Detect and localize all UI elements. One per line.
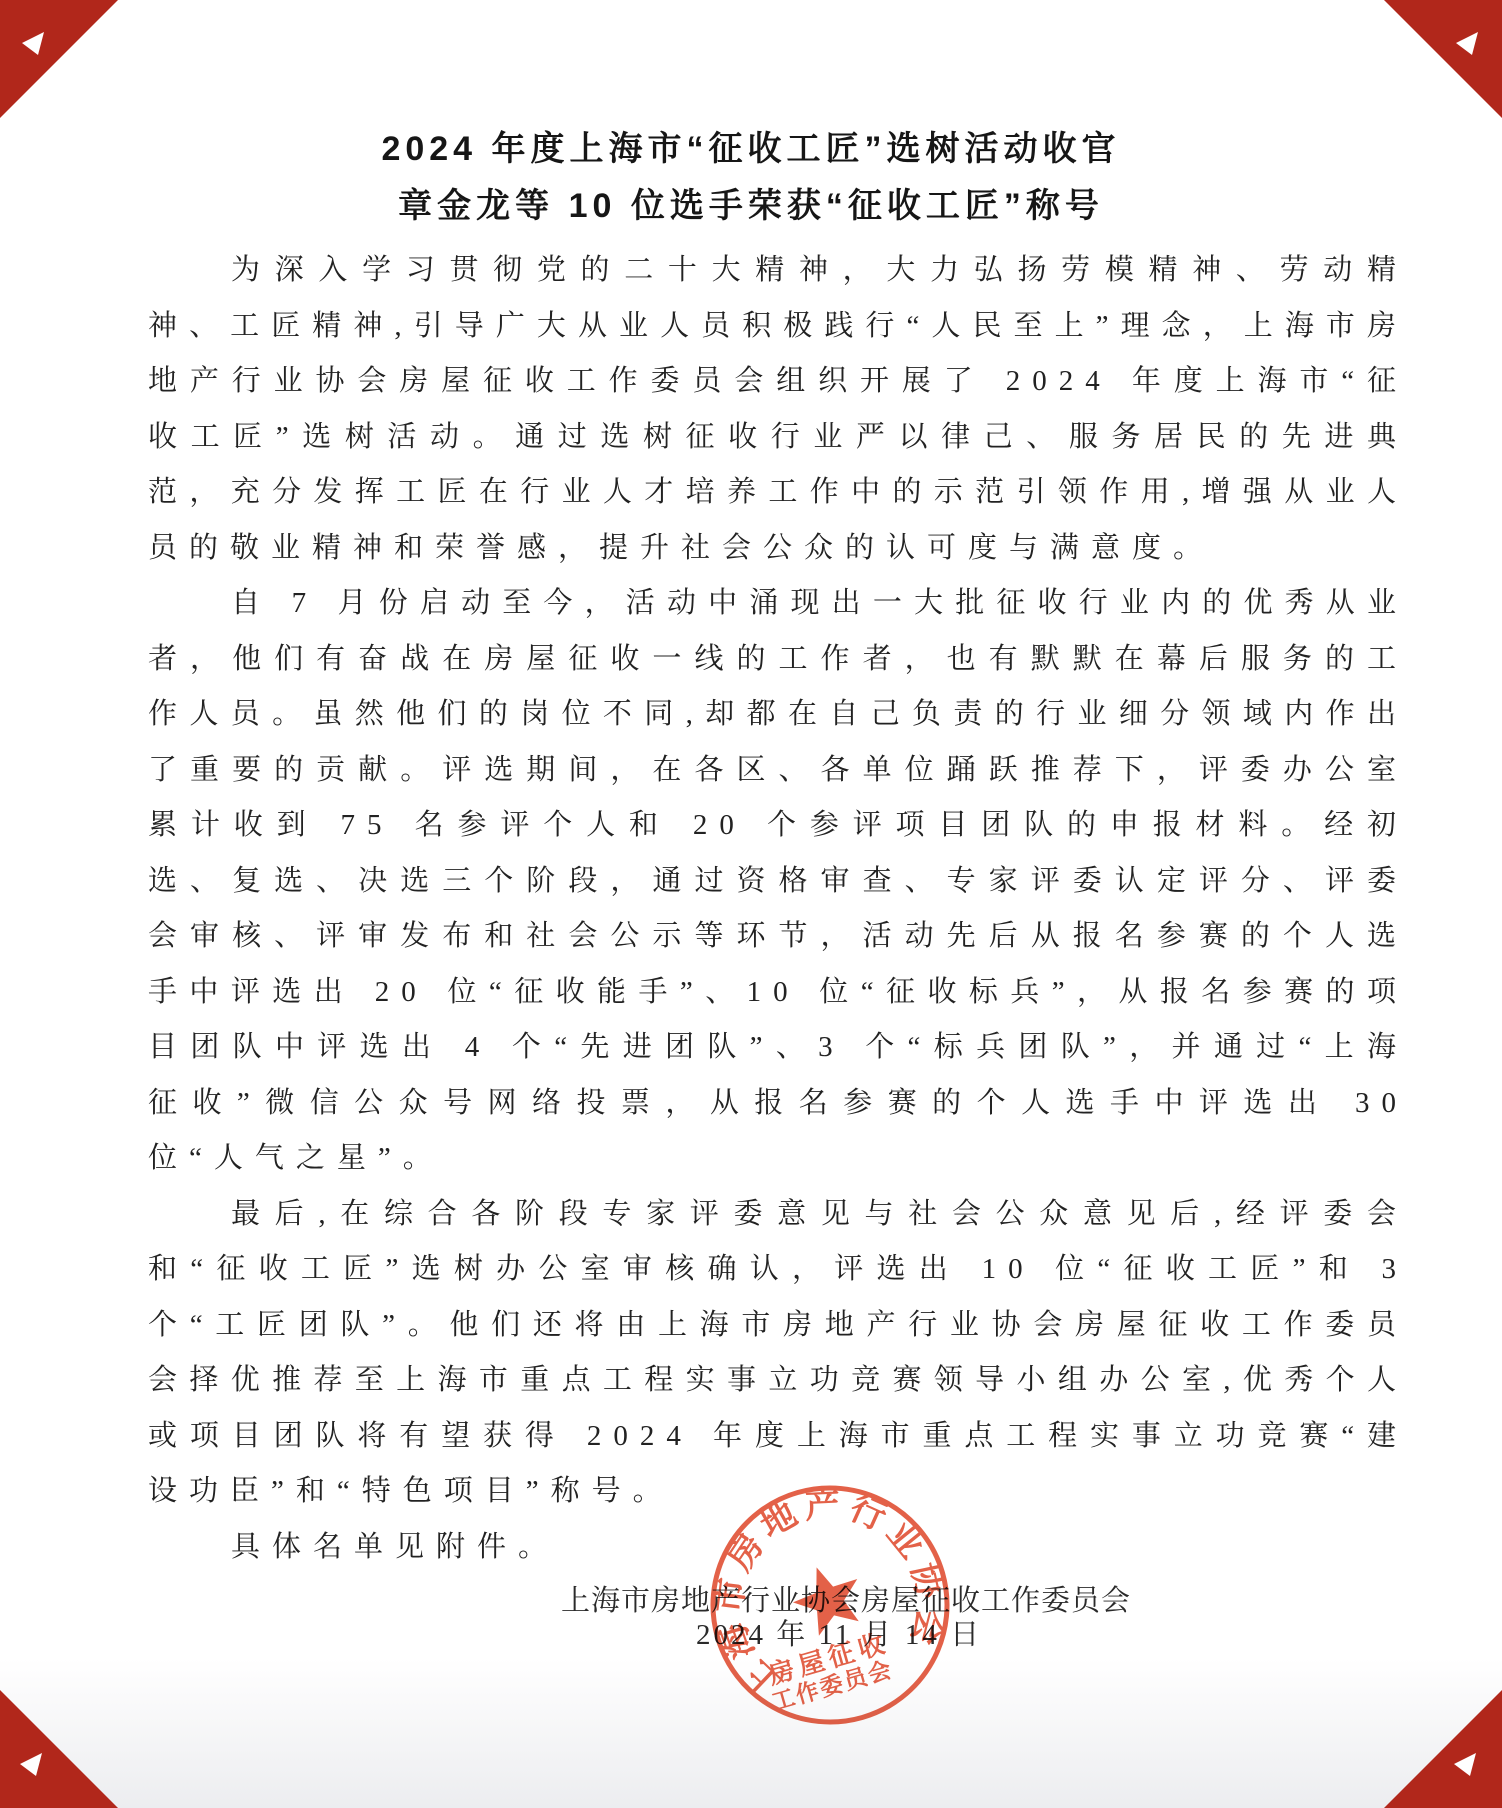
document-page: 2024 年度上海市“征收工匠”选树活动收官 章金龙等 10 位选手荣获“征收工… — [0, 0, 1502, 1808]
corner-decoration-top-left — [0, 0, 118, 118]
corner-triangle — [0, 0, 118, 118]
corner-decoration-top-right — [1384, 0, 1502, 118]
document-body: 为深入学习贯彻党的二十大精神，大力弘扬劳模精神、劳动精神、工匠精神,引导广大从业… — [148, 243, 1408, 1575]
corner-decoration-bottom-right — [1384, 1690, 1502, 1808]
corner-triangle — [0, 1690, 118, 1808]
corner-triangle — [1384, 0, 1502, 118]
star-icon — [784, 1556, 871, 1641]
paragraph-2: 自 7 月份启动至今，活动中涌现出一大批征收行业内的优秀从业者，他们有奋战在房屋… — [148, 576, 1408, 1187]
title-line-1: 2024 年度上海市“征收工匠”选树活动收官 — [0, 121, 1502, 178]
document-title: 2024 年度上海市“征收工匠”选树活动收官 章金龙等 10 位选手荣获“征收工… — [0, 121, 1502, 235]
corner-decoration-bottom-left — [0, 1690, 118, 1808]
title-line-2: 章金龙等 10 位选手荣获“征收工匠”称号 — [0, 178, 1502, 235]
paragraph-3: 最后,在综合各阶段专家评委意见与社会公众意见后,经评委会和“征收工匠”选树办公室… — [148, 1187, 1408, 1520]
official-seal-stamp: 上海市房地产行业协会 房屋征收 工作委员会 — [700, 1475, 960, 1735]
paragraph-1: 为深入学习贯彻党的二十大精神，大力弘扬劳模精神、劳动精神、工匠精神,引导广大从业… — [148, 243, 1408, 576]
corner-triangle — [1384, 1690, 1502, 1808]
